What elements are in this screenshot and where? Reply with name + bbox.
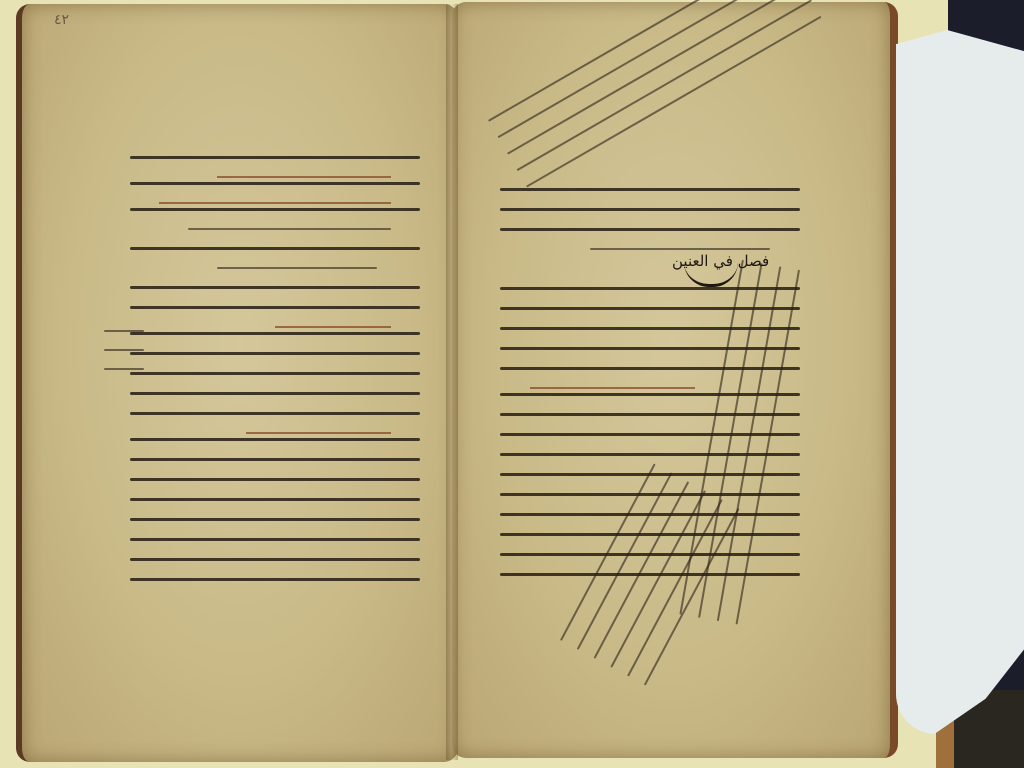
text-line — [130, 332, 420, 335]
margin-note-line — [104, 349, 144, 351]
text-line — [130, 247, 420, 250]
inserted-paper-sheet — [896, 30, 1024, 734]
red-rubric-rule — [217, 176, 391, 178]
text-line — [130, 392, 420, 395]
red-rubric-rule — [159, 202, 391, 204]
text-line — [130, 208, 420, 211]
folio-number: ٤٢ — [54, 12, 69, 28]
left-page-text-block — [130, 156, 420, 598]
text-line — [130, 498, 420, 501]
text-line — [500, 188, 800, 191]
text-line — [130, 286, 420, 289]
margin-note-line — [104, 368, 144, 370]
text-line — [130, 306, 420, 309]
text-line — [130, 538, 420, 541]
text-line — [130, 518, 420, 521]
text-line — [130, 438, 420, 441]
text-line — [500, 208, 800, 211]
red-rubric-rule — [530, 387, 695, 389]
book-gutter — [446, 4, 458, 760]
text-line — [500, 228, 800, 231]
margin-note-line — [104, 330, 144, 332]
text-line — [130, 372, 420, 375]
red-rubric-rule — [246, 432, 391, 434]
text-line — [130, 182, 420, 185]
interlinear-note — [188, 228, 391, 230]
text-line — [130, 458, 420, 461]
text-line — [130, 156, 420, 159]
left-margin-notes — [104, 330, 144, 387]
text-line — [130, 578, 420, 581]
red-rubric-rule — [275, 326, 391, 328]
text-line — [130, 478, 420, 481]
text-line — [130, 412, 420, 415]
interlinear-note — [590, 248, 770, 250]
interlinear-note — [217, 267, 377, 269]
text-line — [130, 352, 420, 355]
text-line — [130, 558, 420, 561]
